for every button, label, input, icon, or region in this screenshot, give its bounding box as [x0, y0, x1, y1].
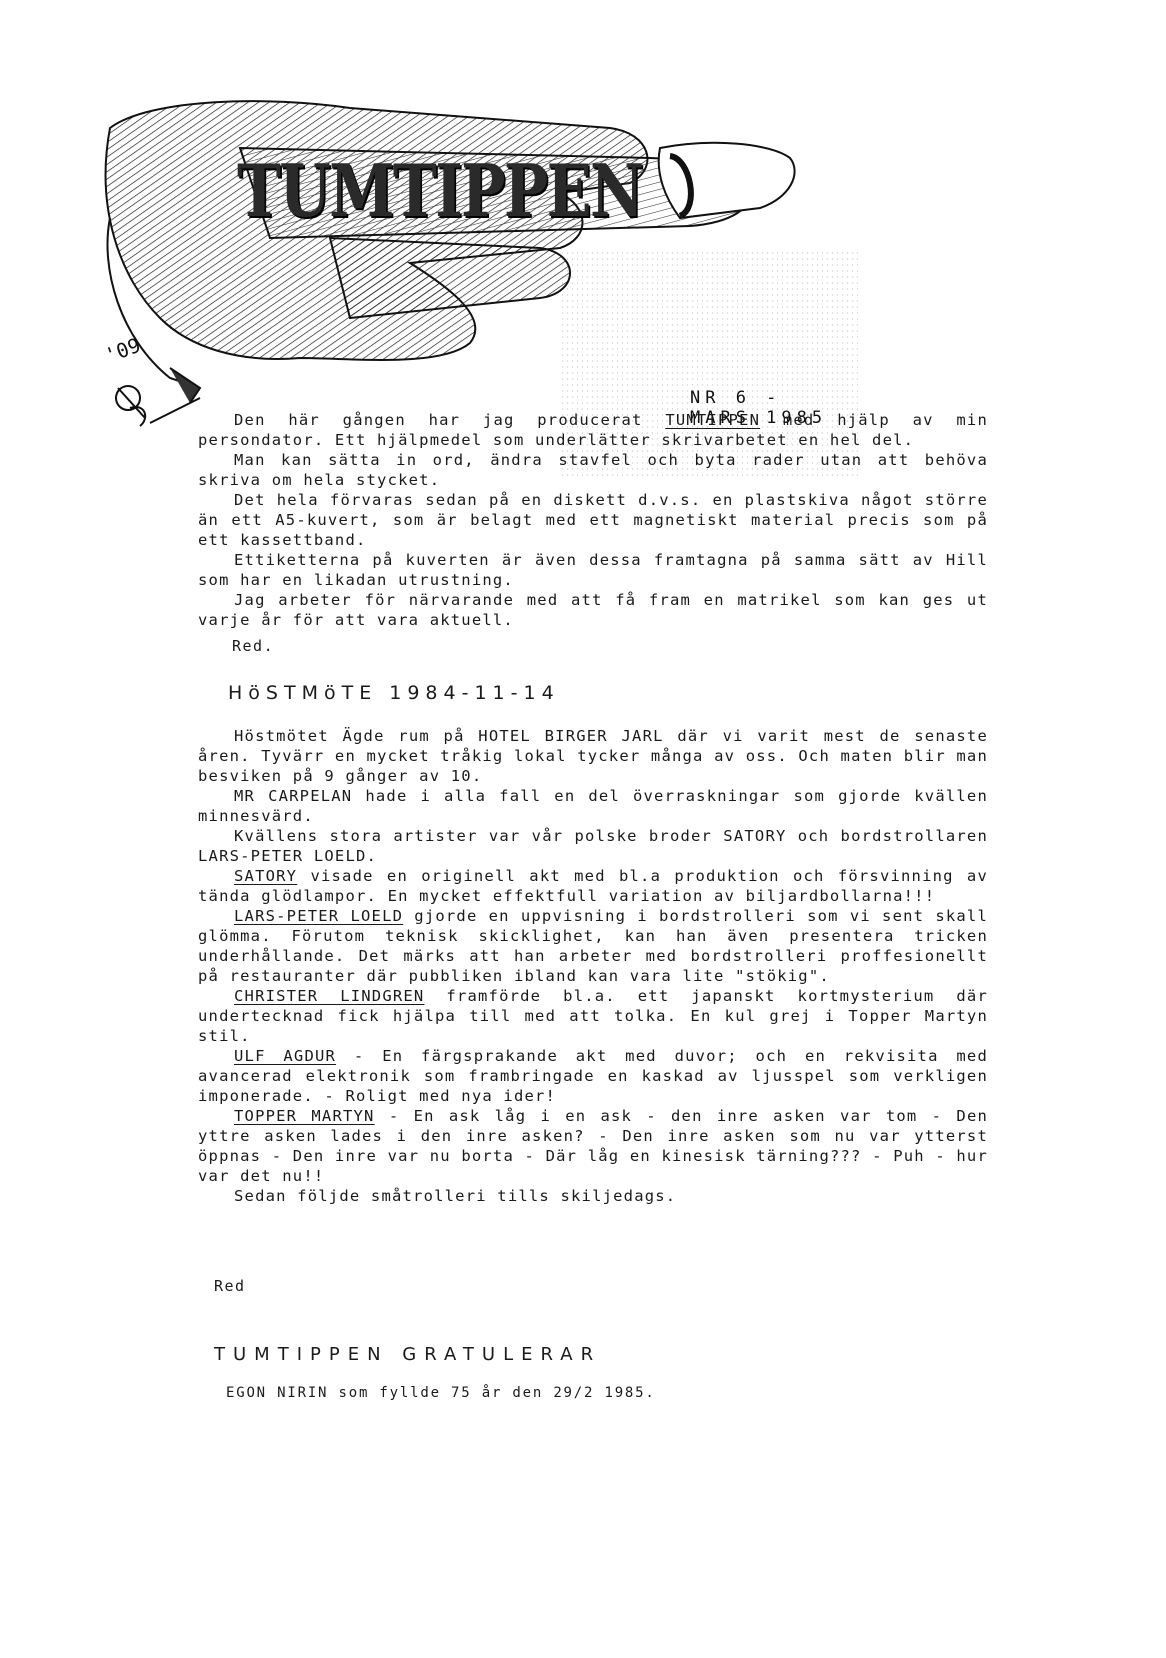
paragraph: SATORY visade en originell akt med bl.a … [198, 866, 988, 906]
hostmote-section: Höstmötet Ägde rum på HOTEL BIRGER JARL … [198, 726, 988, 1206]
editorial-signature: Red. [232, 637, 274, 655]
pointing-hand-icon: '09 [90, 88, 830, 428]
paragraph: Jag arbeter för närvarande med att få fr… [198, 590, 988, 630]
underlined-name: TUMTIPPEN [665, 411, 760, 429]
paragraph: Den här gången har jag producerat TUMTIP… [198, 410, 988, 450]
paragraph: CHRISTER LINDGREN framförde bl.a. ett ja… [198, 986, 988, 1046]
paragraph: Det hela förvaras sedan på en diskett d.… [198, 490, 988, 550]
paragraph: Sedan följde småtrolleri tills skiljedag… [198, 1186, 988, 1206]
gratulerar-text: EGON NIRIN som fyllde 75 år den 29/2 198… [226, 1385, 656, 1401]
hostmote-signature: Red [214, 1277, 246, 1295]
paragraph: MR CARPELAN hade i alla fall en del över… [198, 786, 988, 826]
paragraph: LARS-PETER LOELD gjorde en uppvisning i … [198, 906, 988, 986]
editorial-section: Den här gången har jag producerat TUMTIP… [198, 410, 988, 630]
newsletter-page: '09 TUMTIPPEN NR 6 - MARS 1985 Den här g… [0, 0, 1166, 1658]
newsletter-title: TUMTIPPEN [237, 148, 642, 233]
svg-text:'09: '09 [102, 333, 144, 368]
paragraph: Höstmötet Ägde rum på HOTEL BIRGER JARL … [198, 726, 988, 786]
paragraph: Kvällens stora artister var vår polske b… [198, 826, 988, 866]
masthead: '09 TUMTIPPEN NR 6 - MARS 1985 [90, 88, 830, 428]
paragraph: ULF AGDUR - En färgsprakande akt med duv… [198, 1046, 988, 1106]
paragraph: TOPPER MARTYN - En ask låg i en ask - de… [198, 1106, 988, 1186]
paragraph: Man kan sätta in ord, ändra stavfel och … [198, 450, 988, 490]
underlined-name: TOPPER MARTYN [234, 1107, 375, 1125]
paragraph: Ettiketterna på kuverten är även dessa f… [198, 550, 988, 590]
underlined-name: ULF AGDUR [234, 1047, 336, 1065]
underlined-name: SATORY [234, 867, 297, 885]
hostmote-heading: HöSTMöTE 1984-11-14 [228, 682, 560, 704]
gratulerar-heading: TUMTIPPEN GRATULERAR [214, 1344, 601, 1365]
underlined-name: CHRISTER LINDGREN [234, 987, 424, 1005]
underlined-name: LARS-PETER LOELD [234, 907, 403, 925]
